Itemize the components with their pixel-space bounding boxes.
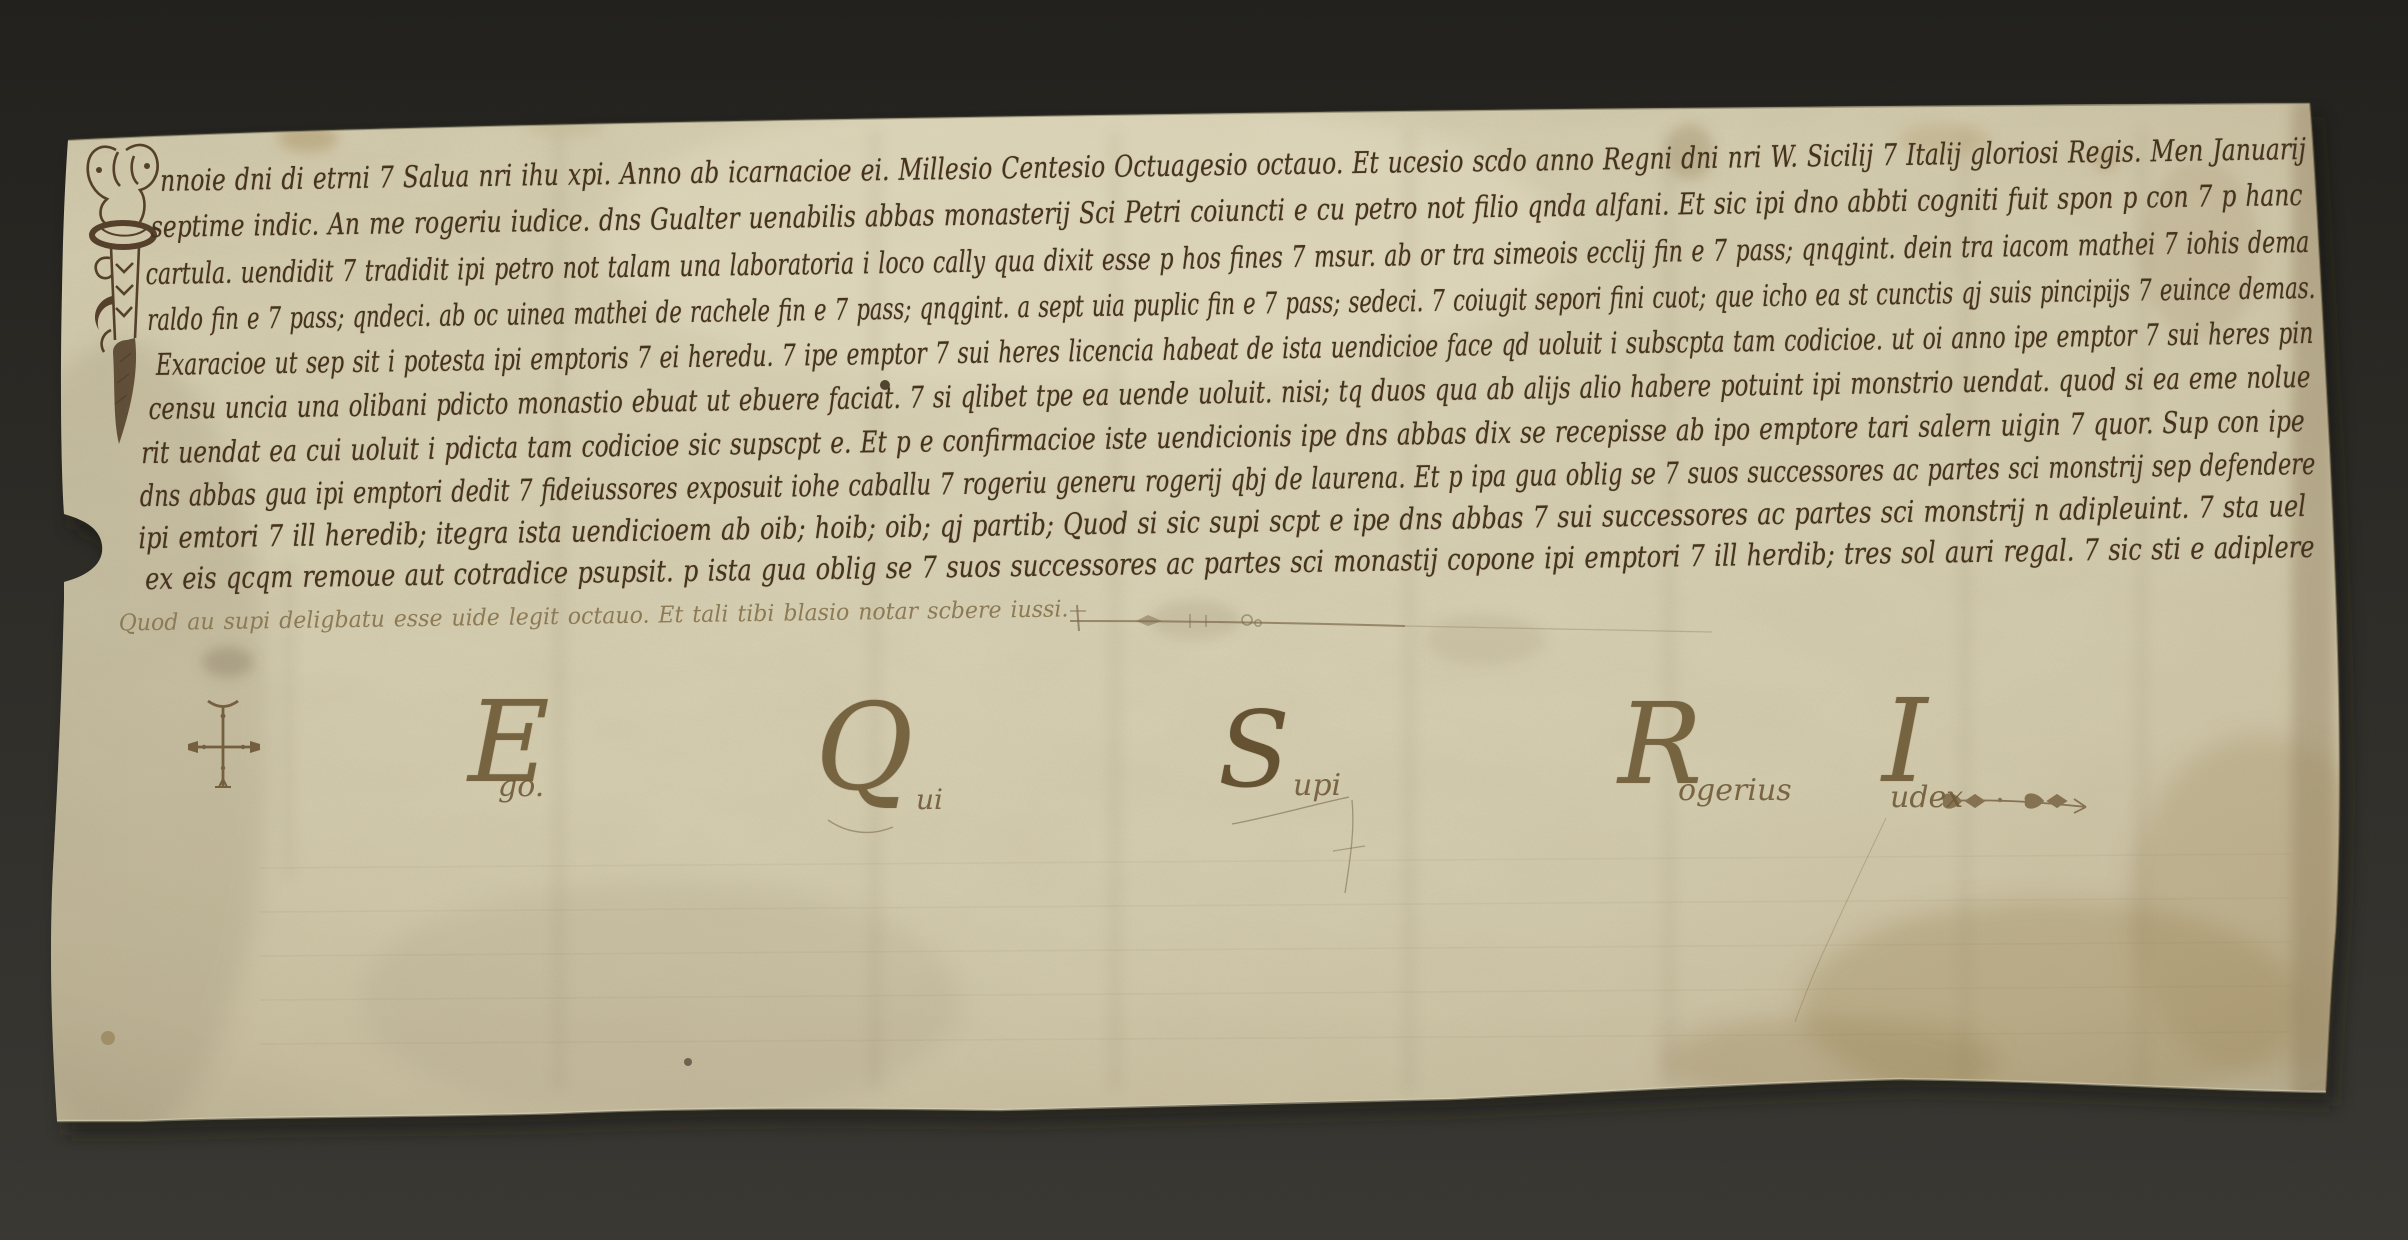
parchment-texture [0, 90, 2390, 1150]
charter-photo: nnoie dni di etrni 7 Salua nri ihu xpi. … [0, 0, 2408, 1240]
charter-scene [0, 0, 2408, 1240]
